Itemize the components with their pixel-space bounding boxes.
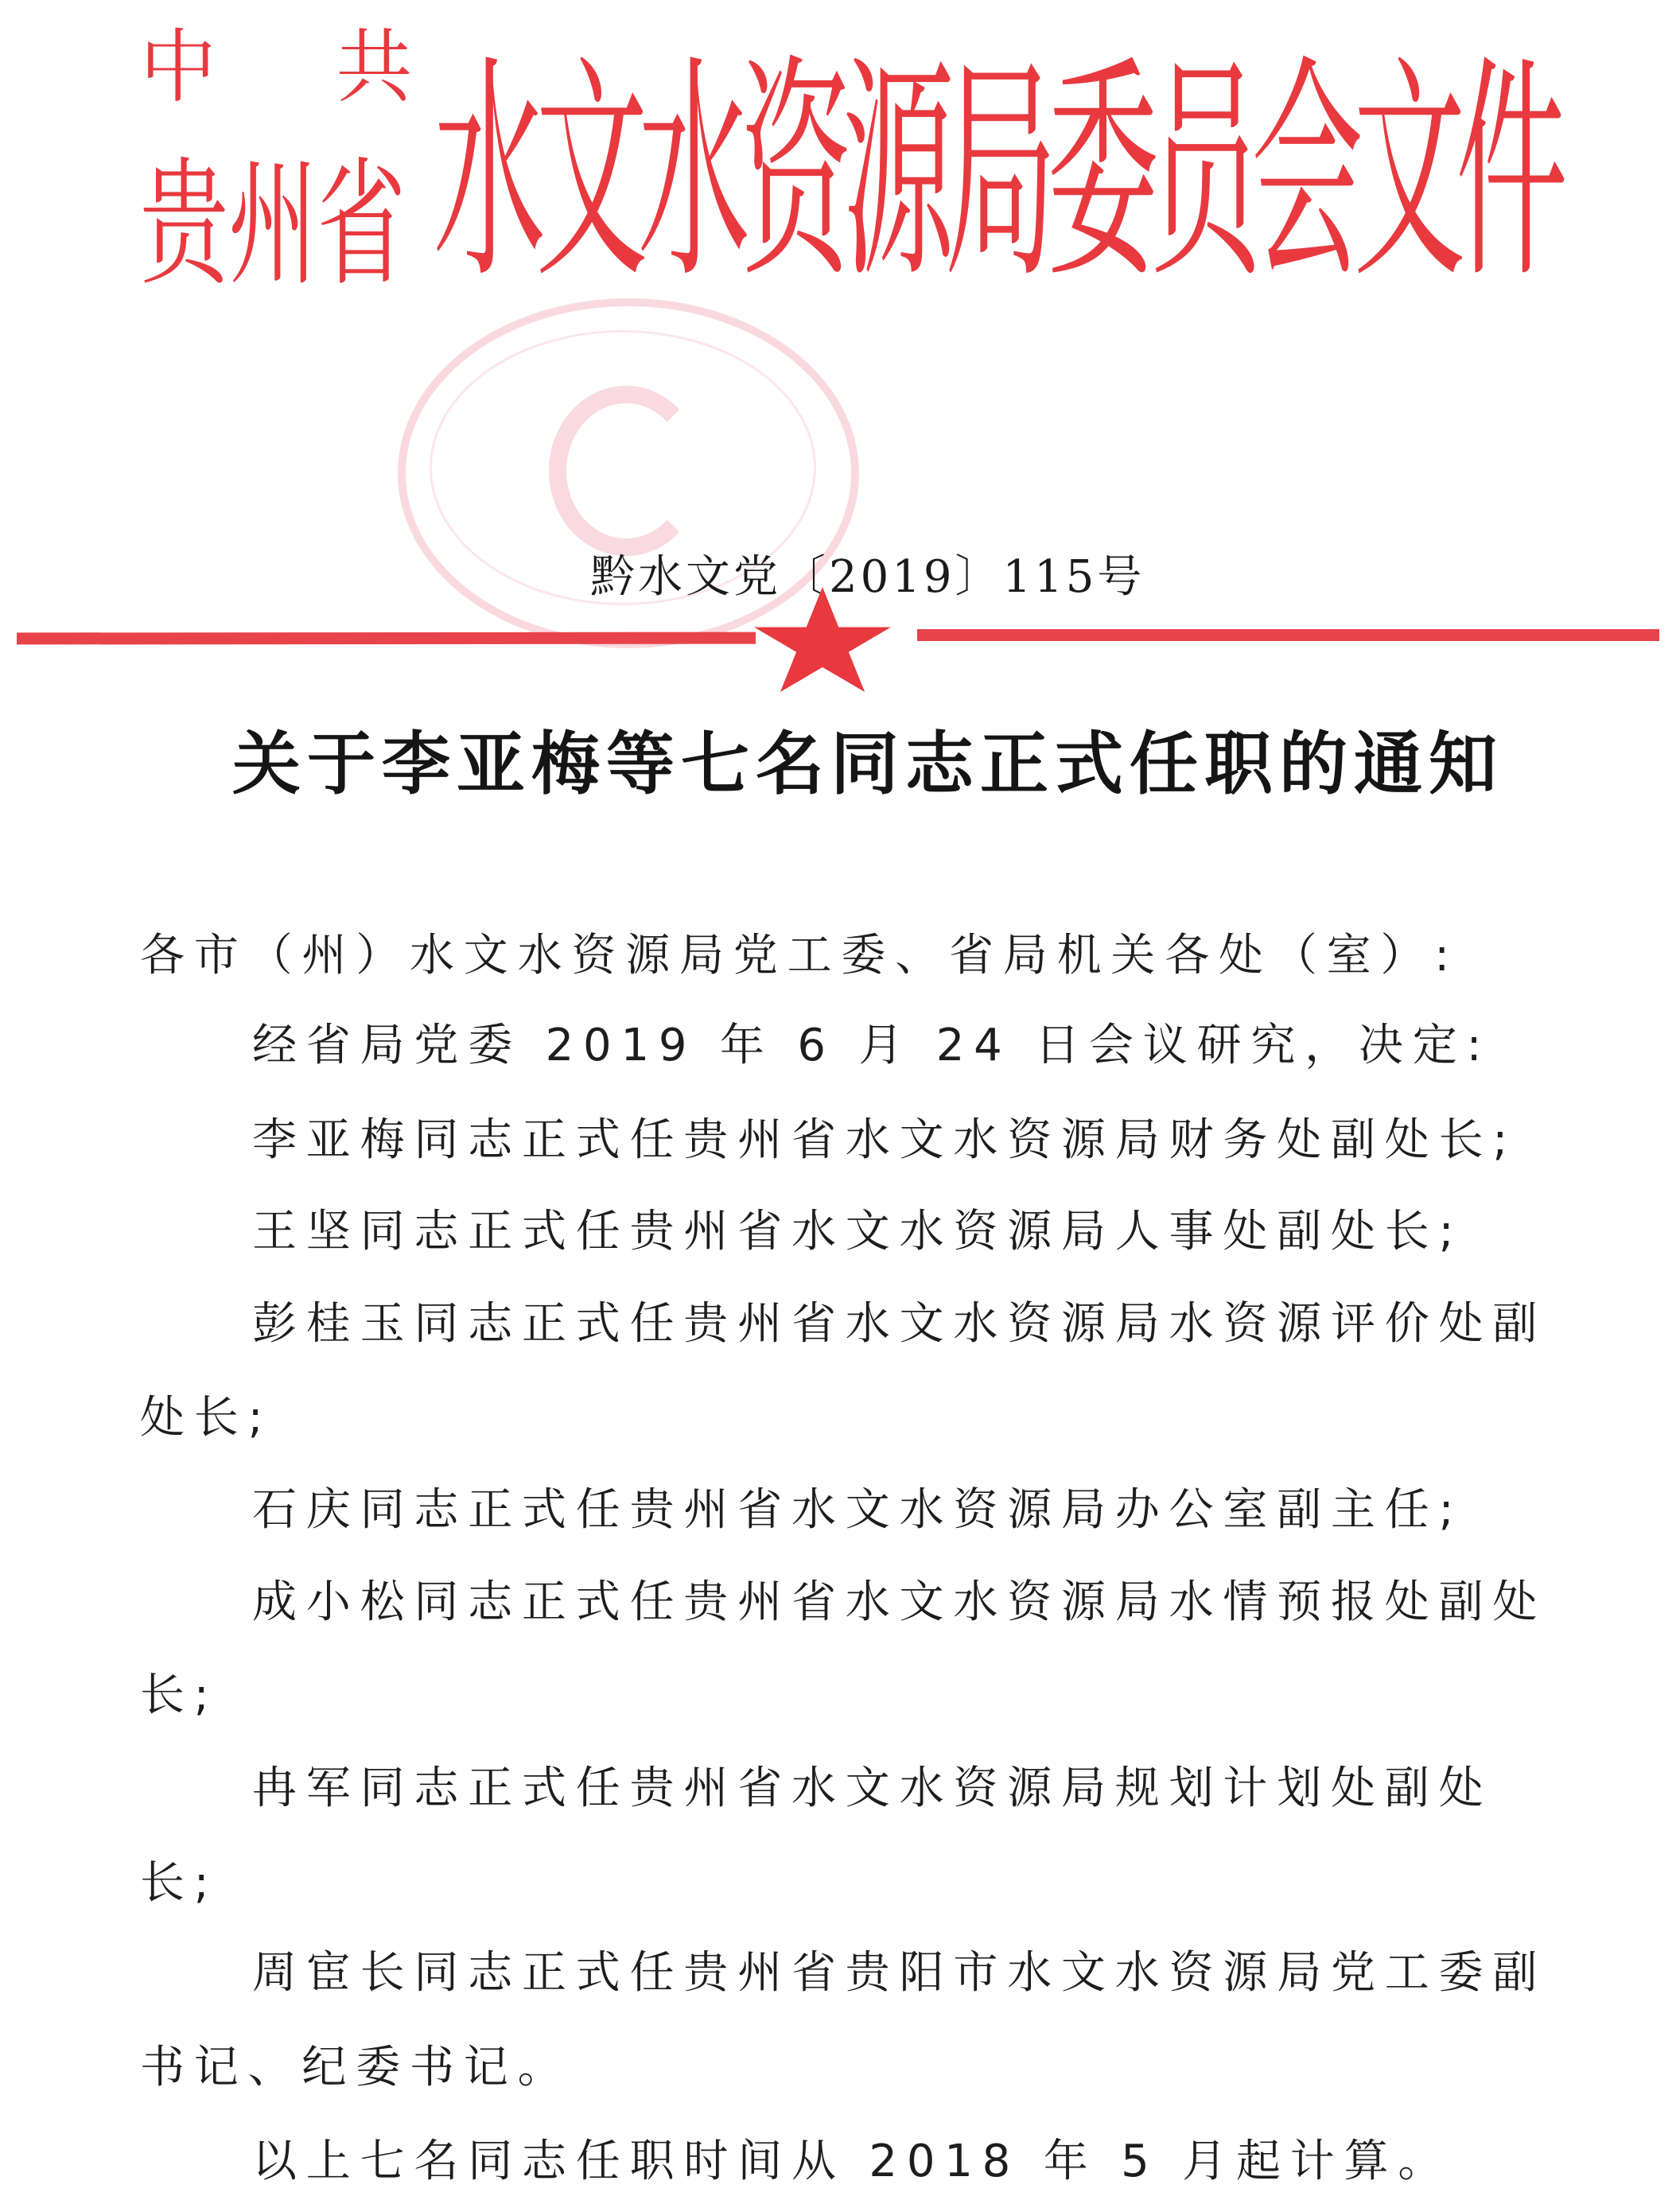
body-line: 李亚梅同志正式任贵州省水文水资源局财务处副处长; (252, 1118, 1517, 1163)
body-line: 彭桂玉同志正式任贵州省水文水资源局水资源评价处副 (252, 1302, 1546, 1347)
body-line: 经省局党委 2019 年 6 月 24 日会议研究，决定: (252, 1024, 1491, 1068)
header-province-prefix: 贵州省 (140, 156, 406, 293)
body-line-closing: 以上七名同志任职时间从 2018 年 5 月起计算。 (252, 2140, 1452, 2184)
body-line: 书记、纪委书记。 (140, 2046, 571, 2090)
body-line: 周宦长同志正式任贵州省贵阳市水文水资源局党工委副 (252, 1951, 1546, 1996)
separator-line-right (917, 629, 1659, 641)
red-star-icon (754, 587, 891, 692)
separator-line-left (17, 632, 756, 645)
hammer-sickle-icon (549, 386, 703, 556)
body-line: 处长; (140, 1396, 272, 1440)
body-line: 成小松同志正式任贵州省水文水资源局水情预报处副处 (252, 1580, 1546, 1625)
header-org-title: 水文水资源局委员会文件 (434, 56, 1558, 292)
body-line: 长; (140, 1673, 218, 1718)
header-party-prefix-top: 中 共 (140, 27, 461, 107)
body-line: 王坚同志正式任贵州省水文水资源局人事处副处长; (252, 1210, 1463, 1254)
notice-title: 关于李亚梅等七名同志正式任职的通知 (232, 730, 1503, 799)
body-line: 长; (140, 1861, 218, 1906)
body-line-salutation: 各市（州）水文水资源局党工委、省局机关各处（室）: (140, 934, 1459, 978)
body-line: 冉军同志正式任贵州省水文水资源局规划计划处副处 (252, 1767, 1492, 1811)
body-line: 石庆同志正式任贵州省水文水资源局办公室副主任; (252, 1488, 1463, 1533)
